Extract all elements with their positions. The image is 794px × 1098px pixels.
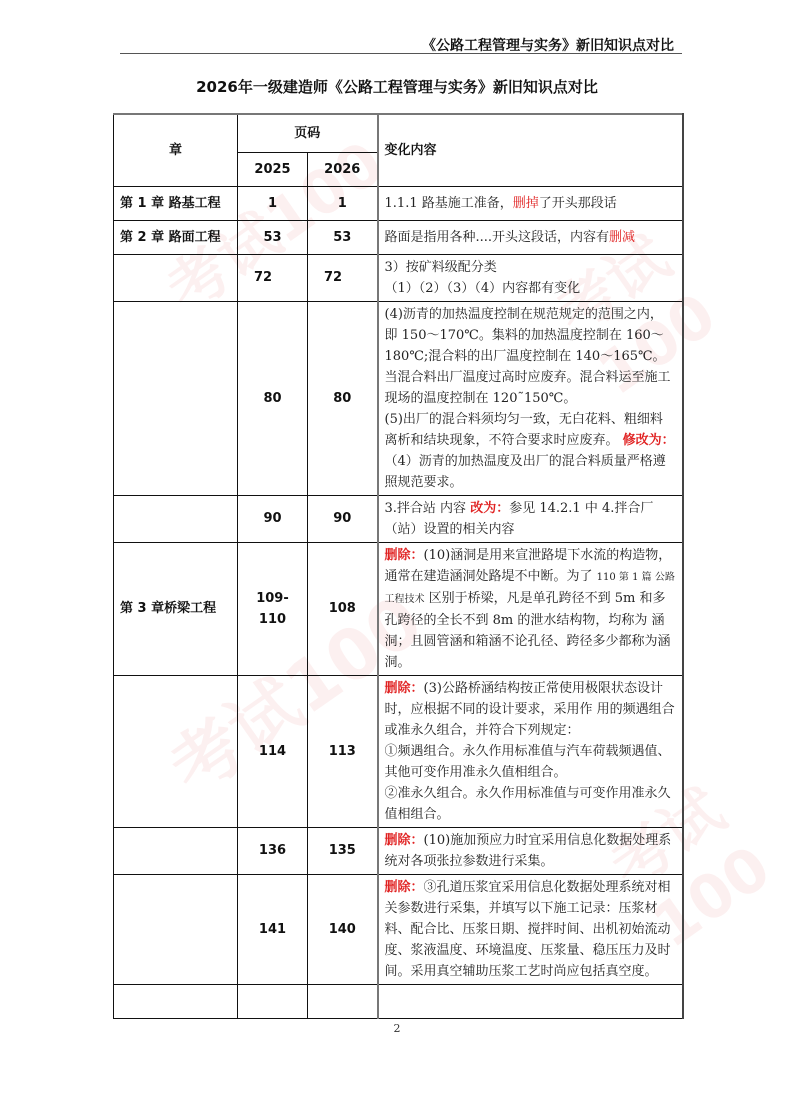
chapter-cell bbox=[114, 984, 238, 1018]
page-2025-cell: 136 bbox=[238, 827, 308, 874]
change-text: (3)公路桥涵结构按正常使用极限状态设计时，应根据不同的设计要求，采用作 用的频… bbox=[385, 681, 675, 738]
change-content-cell: 删除：(10)施加预应力时宜采用信息化数据处理系统对各项张拉参数进行采集。 bbox=[378, 827, 683, 874]
table-row: 90903.拌合站 内容 改为：参见 14.2.1 中 4.拌合厂（站）设置的相… bbox=[114, 495, 683, 542]
change-content-cell: 删除：(10)涵洞是用来宣泄路堤下水流的构造物，通常在建造涵洞处路堤不中断。为了… bbox=[378, 542, 683, 675]
change-content-cell: 1.1.1 路基施工准备，删掉了开头那段话 bbox=[378, 186, 683, 220]
table-row: 第 2 章 路面工程5353路面是指用各种....开头这段话，内容有删减 bbox=[114, 220, 683, 254]
change-text: ③孔道压浆宜采用信息化数据处理系统对相关参数进行采集，并填写以下施工记录：压浆材… bbox=[385, 880, 671, 979]
page-2025-cell: 53 bbox=[238, 220, 308, 254]
table-row bbox=[114, 984, 683, 1018]
change-text: ①频遇组合。永久作用标准值与汽车荷载频遇值、其他可变作用准永久值相组合。 bbox=[385, 744, 671, 780]
page-2026-cell bbox=[308, 984, 378, 1018]
table-row: 8080(4)沥青的加热温度控制在规范规定的范围之内，即 150～170℃。集料… bbox=[114, 301, 683, 495]
chapter-cell: 第 1 章 路基工程 bbox=[114, 186, 238, 220]
page-2026-cell: 72 bbox=[308, 254, 378, 301]
change-text: 路面是指用各种....开头这段话，内容有 bbox=[385, 230, 610, 245]
change-content-cell: 3.拌合站 内容 改为：参见 14.2.1 中 4.拌合厂（站）设置的相关内容 bbox=[378, 495, 683, 542]
page-2026-cell: 113 bbox=[308, 675, 378, 827]
change-text: 3.拌合站 内容 bbox=[385, 501, 471, 516]
change-text: (5)出厂的混合料须均匀一致，无白花料、粗细料离析和结块现象，不符合要求时应废弃… bbox=[385, 412, 663, 448]
change-text: （1）（2）（3）（4）内容都有变化 bbox=[385, 281, 581, 296]
page-2025-cell bbox=[238, 984, 308, 1018]
highlight-text: 删减 bbox=[609, 230, 635, 245]
change-label: 删除： bbox=[385, 681, 424, 696]
change-content-cell bbox=[378, 984, 683, 1018]
header-divider bbox=[120, 53, 682, 54]
page-2025-cell: 141 bbox=[238, 874, 308, 984]
change-text: ②准永久组合。永久作用标准值与可变作用准永久值相组合。 bbox=[385, 786, 671, 822]
chapter-cell bbox=[114, 495, 238, 542]
header-change: 变化内容 bbox=[378, 114, 683, 186]
change-content-cell: (4)沥青的加热温度控制在规范规定的范围之内，即 150～170℃。集料的加热温… bbox=[378, 301, 683, 495]
page-2025-cell: 72 bbox=[238, 254, 308, 301]
chapter-cell bbox=[114, 675, 238, 827]
page-2025-cell: 80 bbox=[238, 301, 308, 495]
page-2025-cell: 1 bbox=[238, 186, 308, 220]
change-content-cell: 3）按矿料级配分类（1）（2）（3）（4）内容都有变化 bbox=[378, 254, 683, 301]
table-row: 第 1 章 路基工程111.1.1 路基施工准备，删掉了开头那段话 bbox=[114, 186, 683, 220]
page-2026-cell: 1 bbox=[308, 186, 378, 220]
page-2026-cell: 135 bbox=[308, 827, 378, 874]
change-text: （4）沥青的加热温度及出厂的混合料质量严格遵照规范要求。 bbox=[385, 454, 666, 490]
table-body: 第 1 章 路基工程111.1.1 路基施工准备，删掉了开头那段话第 2 章 路… bbox=[114, 186, 683, 1018]
change-label: 修改为： bbox=[623, 433, 675, 448]
header-page-group: 页码 bbox=[238, 114, 378, 152]
table-row: 72723）按矿料级配分类（1）（2）（3）（4）内容都有变化 bbox=[114, 254, 683, 301]
page-2025-cell: 109-110 bbox=[238, 542, 308, 675]
change-content-cell: 路面是指用各种....开头这段话，内容有删减 bbox=[378, 220, 683, 254]
page-2026-cell: 90 bbox=[308, 495, 378, 542]
document-title: 2026年一级建造师《公路工程管理与实务》新旧知识点对比 bbox=[0, 76, 794, 97]
change-label: 删除： bbox=[385, 880, 424, 895]
change-label: 删除： bbox=[385, 833, 424, 848]
change-text: (4)沥青的加热温度控制在规范规定的范围之内，即 150～170℃。集料的加热温… bbox=[385, 307, 671, 406]
header-year-2026: 2026 bbox=[308, 152, 378, 186]
change-label: 改为： bbox=[470, 501, 509, 516]
running-header: 《公路工程管理与实务》新旧知识点对比 bbox=[422, 35, 674, 55]
change-text: 区别于桥梁，凡是单孔跨径不到 5m 和多孔跨径的全长不到 8m 的泄水结构物，均… bbox=[385, 591, 671, 670]
page-2026-cell: 53 bbox=[308, 220, 378, 254]
change-content-cell: 删除：(3)公路桥涵结构按正常使用极限状态设计时，应根据不同的设计要求，采用作 … bbox=[378, 675, 683, 827]
chapter-cell: 第 3 章桥梁工程 bbox=[114, 542, 238, 675]
chapter-cell bbox=[114, 301, 238, 495]
page-number: 2 bbox=[0, 1022, 794, 1035]
change-label: 删除： bbox=[385, 548, 424, 563]
highlight-text: 删掉 bbox=[513, 196, 539, 211]
comparison-table: 章 页码 变化内容 2025 2026 第 1 章 路基工程111.1.1 路基… bbox=[113, 113, 684, 1019]
chapter-cell bbox=[114, 827, 238, 874]
change-content-cell: 删除：③孔道压浆宜采用信息化数据处理系统对相关参数进行采集，并填写以下施工记录：… bbox=[378, 874, 683, 984]
page-2026-cell: 108 bbox=[308, 542, 378, 675]
change-text: 3）按矿料级配分类 bbox=[385, 260, 497, 275]
page-2026-cell: 80 bbox=[308, 301, 378, 495]
change-text: (10)施加预应力时宜采用信息化数据处理系统对各项张拉参数进行采集。 bbox=[385, 833, 672, 869]
chapter-cell: 第 2 章 路面工程 bbox=[114, 220, 238, 254]
page-2026-cell: 140 bbox=[308, 874, 378, 984]
header-chapter: 章 bbox=[114, 114, 238, 186]
page-2025-cell: 114 bbox=[238, 675, 308, 827]
table-row: 第 3 章桥梁工程109-110108删除：(10)涵洞是用来宣泄路堤下水流的构… bbox=[114, 542, 683, 675]
chapter-cell bbox=[114, 874, 238, 984]
page-2025-cell: 90 bbox=[238, 495, 308, 542]
change-text: 了开头那段话 bbox=[539, 196, 617, 211]
change-text: 1.1.1 路基施工准备， bbox=[385, 196, 513, 211]
header-year-2025: 2025 bbox=[238, 152, 308, 186]
table-row: 114113删除：(3)公路桥涵结构按正常使用极限状态设计时，应根据不同的设计要… bbox=[114, 675, 683, 827]
table-row: 136135删除：(10)施加预应力时宜采用信息化数据处理系统对各项张拉参数进行… bbox=[114, 827, 683, 874]
chapter-cell bbox=[114, 254, 238, 301]
table-row: 141140删除：③孔道压浆宜采用信息化数据处理系统对相关参数进行采集，并填写以… bbox=[114, 874, 683, 984]
